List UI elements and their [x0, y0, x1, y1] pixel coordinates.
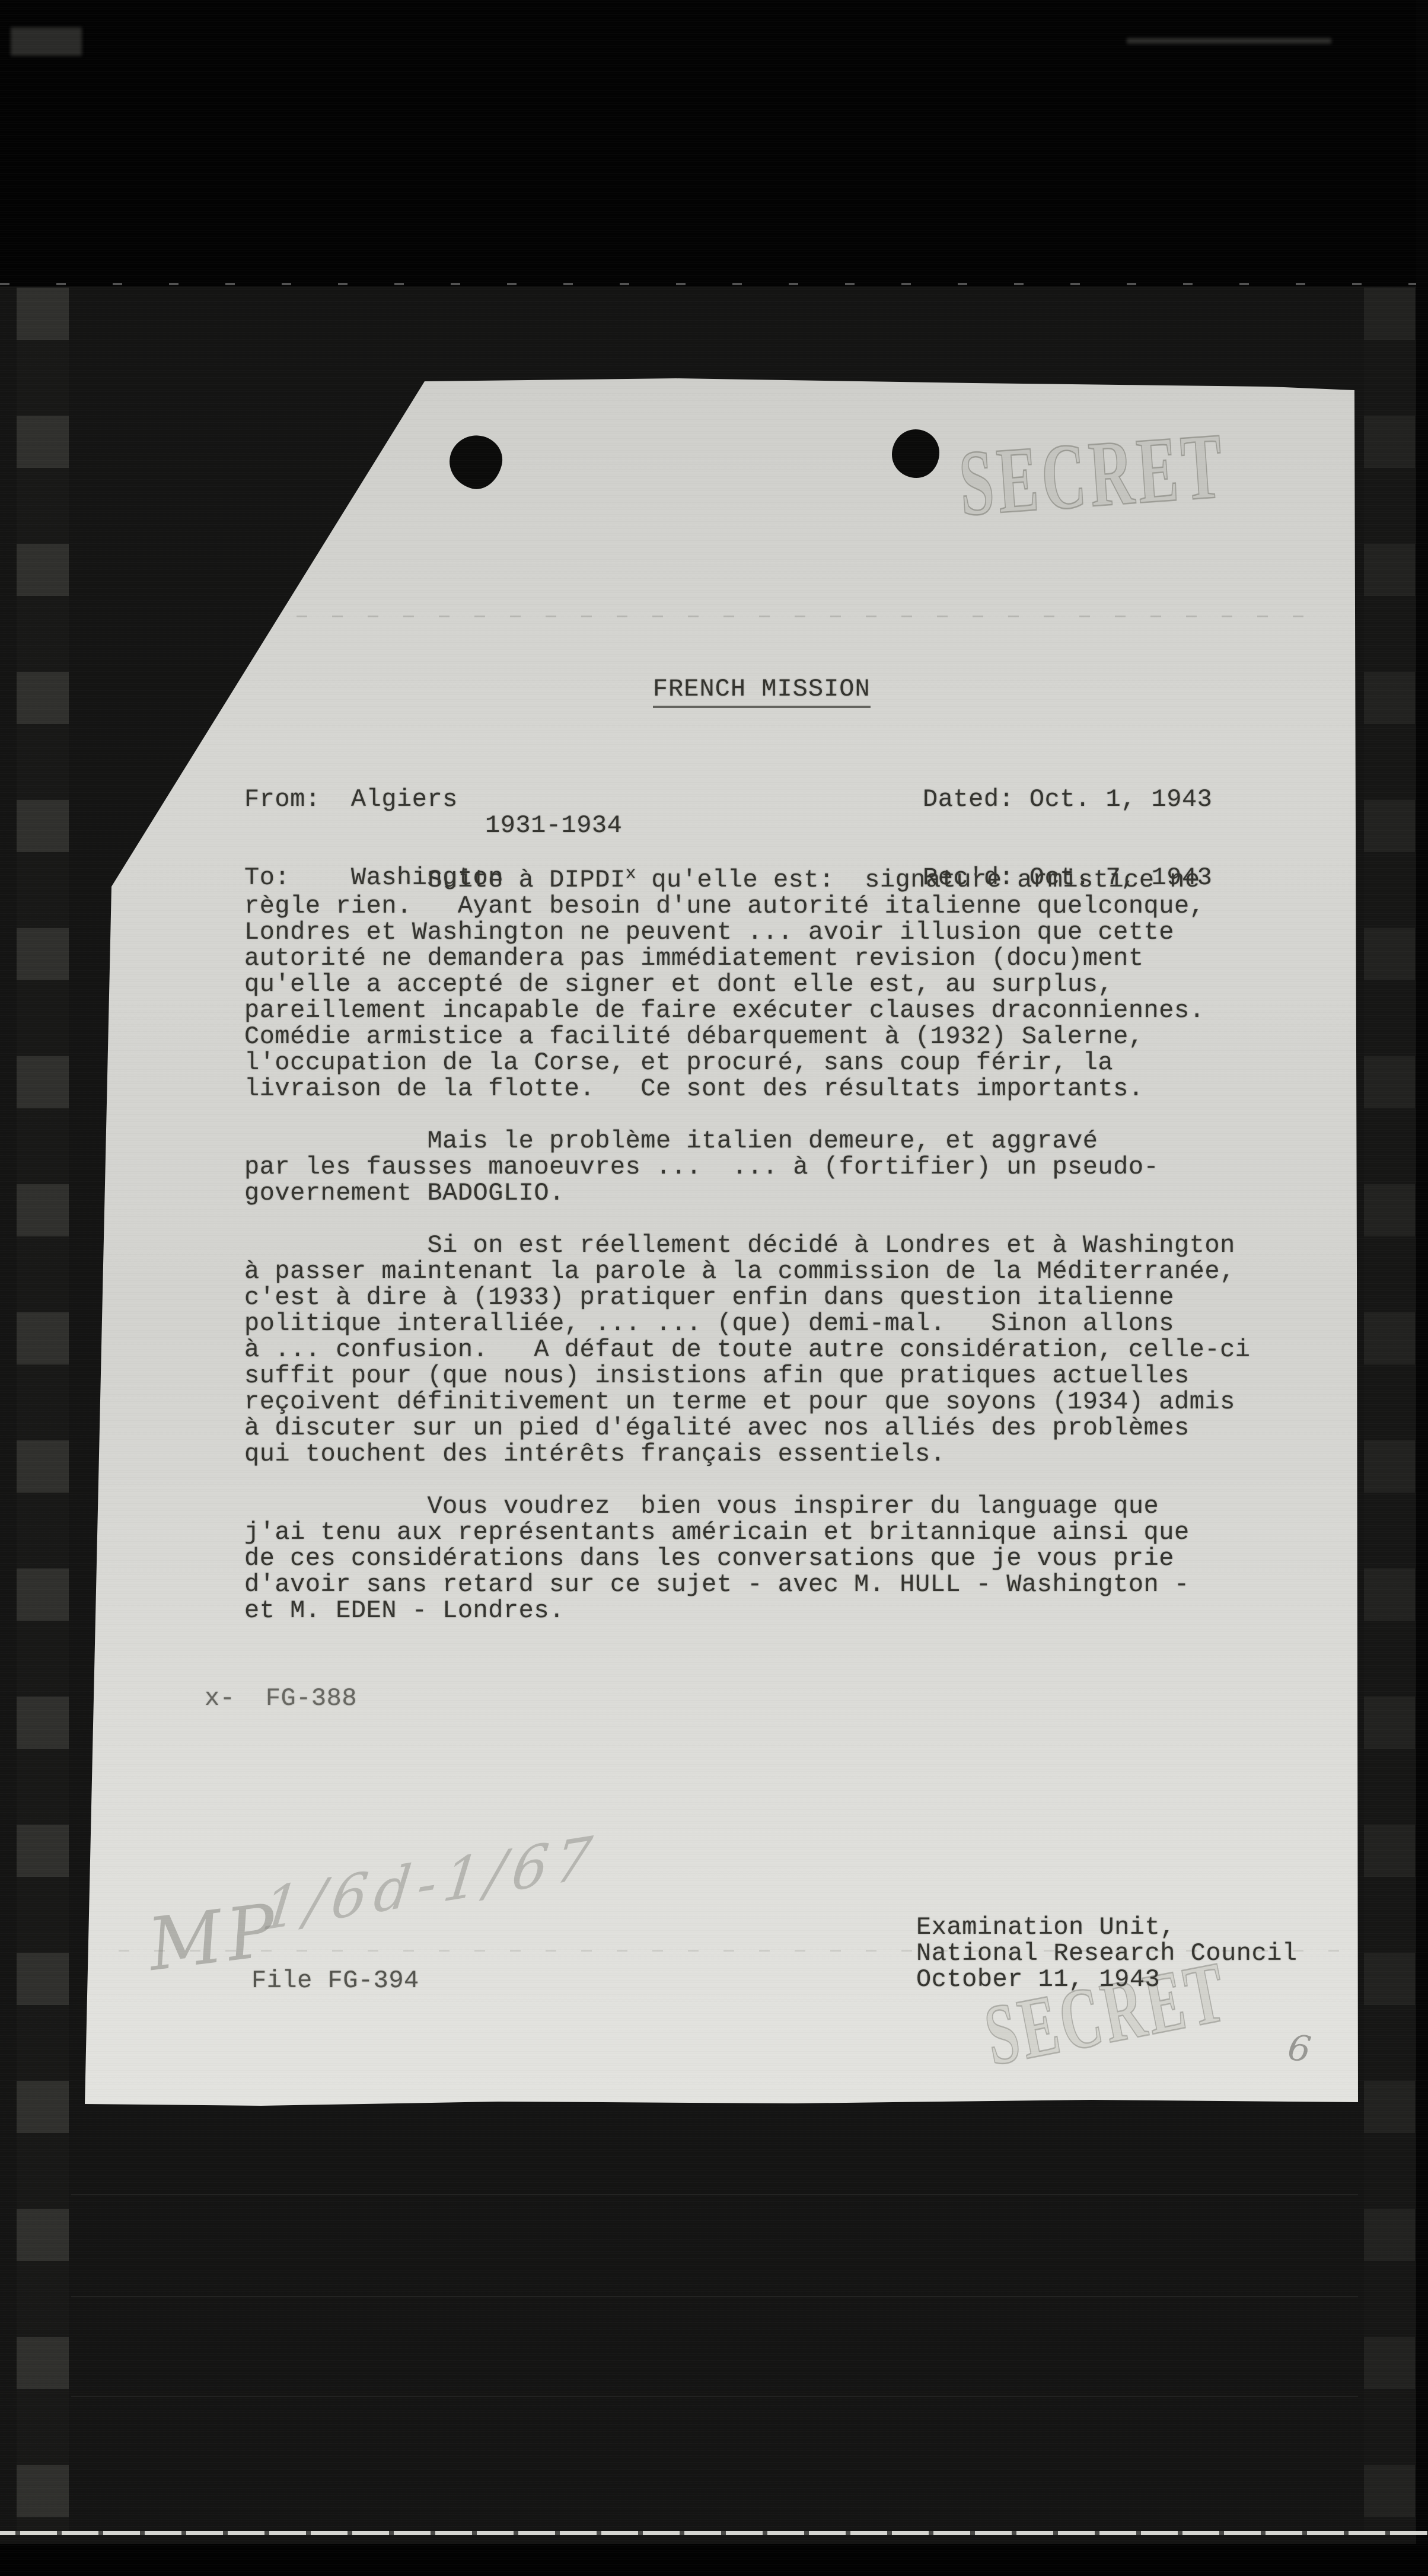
document-title: FRENCH MISSION	[592, 650, 871, 734]
body-line: Comédie armistice a facilité débarquemen…	[244, 1024, 1250, 1050]
body-line: de ces considérations dans les conversat…	[244, 1545, 1250, 1571]
office-line: October 11, 1943	[916, 1966, 1298, 1992]
body-line: par les fausses manoeuvres ... ... à (fo…	[244, 1154, 1250, 1180]
film-scratch-line	[71, 2396, 1358, 2397]
document-title-text: FRENCH MISSION	[653, 676, 871, 708]
body-line: j'ai tenu aux représentants américain et…	[244, 1519, 1250, 1545]
film-scratch-line	[71, 2194, 1358, 2195]
body-line: pareillement incapable de faire exécuter…	[244, 997, 1250, 1024]
office-signature-block: Examination Unit,National Research Counc…	[916, 1914, 1298, 1992]
body-line: qu'elle a accepté de signer et dont elle…	[244, 971, 1250, 997]
body-line: livraison de la flotte. Ce sont des résu…	[244, 1076, 1250, 1102]
film-scratch-line	[71, 2296, 1358, 2297]
header-from-line: From: Algiers	[244, 786, 503, 812]
film-sprocket-strip-right	[1364, 288, 1415, 2535]
body-paragraph: Si on est réellement décidé à Londres et…	[244, 1232, 1250, 1467]
superscript-reference: x	[626, 864, 636, 884]
film-edge-patch	[11, 27, 82, 56]
microfilm-scan: SECRET SECRET FRENCH MISSION From: Algie…	[0, 0, 1428, 2576]
punch-hole-right	[892, 429, 939, 478]
body-line: à passer maintenant la parole à la commi…	[244, 1258, 1250, 1284]
office-line: National Research Council	[916, 1940, 1298, 1966]
body-line: l'occupation de la Corse, et procuré, sa…	[244, 1050, 1250, 1076]
body-line: et M. EDEN - Londres.	[244, 1598, 1250, 1624]
body-line: Londres et Washington ne peuvent ... avo…	[244, 919, 1250, 945]
body-line: qui touchent des intérêts français essen…	[244, 1441, 1250, 1467]
document-body: Suite à DIPDIx qu'elle est: signature ar…	[244, 867, 1250, 1650]
footnote-reference: x- FG-388	[205, 1685, 357, 1711]
film-bottom-band	[0, 2544, 1428, 2576]
body-line: suffit pour (que nous) insistions afin q…	[244, 1363, 1250, 1389]
body-paragraph: Mais le problème italien demeure, et agg…	[244, 1128, 1250, 1206]
body-paragraph: Suite à DIPDIx qu'elle est: signature ar…	[244, 867, 1250, 1102]
body-line: autorité ne demandera pas immédiatement …	[244, 945, 1250, 971]
body-line: règle rien. Ayant besoin d'une autorité …	[244, 893, 1250, 919]
scan-artifact-streak	[154, 616, 1317, 617]
reference-number: 1931-1934	[485, 812, 622, 839]
body-line: c'est à dire à (1933) pratiquer enfin da…	[244, 1284, 1250, 1311]
body-line: reçoivent définitivement un terme et pou…	[244, 1389, 1250, 1415]
body-line: governement BADOGLIO.	[244, 1180, 1250, 1206]
body-line: à ... confusion. A défaut de toute autre…	[244, 1337, 1250, 1363]
body-line: à discuter sur un pied d'égalité avec no…	[244, 1415, 1250, 1441]
body-paragraph: Vous voudrez bien vous inspirer du langu…	[244, 1493, 1250, 1624]
body-line: Vous voudrez bien vous inspirer du langu…	[244, 1493, 1250, 1519]
film-frame-line-top	[0, 283, 1428, 285]
film-frame-line-bottom	[0, 2531, 1428, 2535]
film-edge-streak	[1127, 38, 1331, 44]
body-line: Si on est réellement décidé à Londres et…	[244, 1232, 1250, 1258]
body-line: d'avoir sans retard sur ce sujet - avec …	[244, 1571, 1250, 1598]
secret-stamp-top: SECRET	[956, 412, 1230, 538]
office-line: Examination Unit,	[916, 1914, 1298, 1940]
body-line: Suite à DIPDIx qu'elle est: signature ar…	[244, 867, 1250, 893]
punch-hole-left	[444, 430, 507, 495]
film-edge-right	[1416, 0, 1428, 2576]
body-line: politique interalliée, ... ... (que) dem…	[244, 1311, 1250, 1337]
film-sprocket-strip-left	[17, 288, 69, 2535]
body-line: Mais le problème italien demeure, et agg…	[244, 1128, 1250, 1154]
header-dated-line: Dated: Oct. 1, 1943	[923, 786, 1212, 812]
